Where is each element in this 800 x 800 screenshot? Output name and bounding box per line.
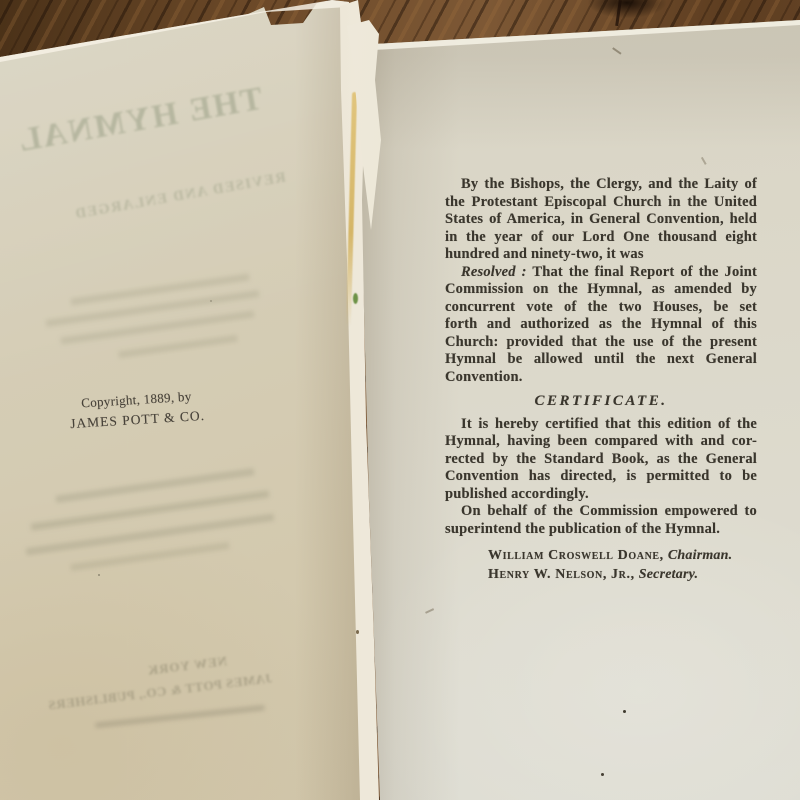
paper-speck <box>601 773 604 776</box>
printed-text-block: By the Bishops, the Clergy, and the Lait… <box>445 176 757 584</box>
resolution-preamble-paragraph: By the Bishops, the Clergy, and the Lait… <box>445 176 757 264</box>
text-line: the Protestant Episcopal Church in the U… <box>445 194 757 212</box>
ghost-text-smudge <box>70 542 229 571</box>
signatures: William Croswell Doane, Chairman. Henry … <box>445 547 757 584</box>
signature-role: Chairman. <box>668 548 732 563</box>
ghost-text-smudge <box>118 335 238 359</box>
text-line: Resolved : That the final Report of the … <box>445 264 757 282</box>
text-line: rected by the Standard Book, as the Gene… <box>445 451 757 469</box>
text-line: On behalf of the Commission empowered to <box>445 503 757 521</box>
paper-speck <box>98 574 100 576</box>
resolution-paragraph-lines: Commission on the Hymnal, as amended byc… <box>445 281 757 386</box>
paper-speck <box>623 710 626 713</box>
commission-paragraph: On behalf of the Commission empowered to… <box>445 503 757 538</box>
text-line: Commission on the Hymnal, as amended by <box>445 281 757 299</box>
paper-speck <box>210 300 212 302</box>
text-line: in the year of our Lord One thousand eig… <box>445 229 757 247</box>
green-speck <box>353 293 358 304</box>
paper-fiber <box>425 608 434 613</box>
text-line: Church: provided that the use of the pre… <box>445 334 757 352</box>
text-line: It is hereby certified that this edition… <box>445 416 757 434</box>
resolved-lead: Resolved : <box>461 264 527 280</box>
text-line: States of America, in General Convention… <box>445 211 757 229</box>
resolution-paragraph: Resolved : That the final Report of the … <box>445 264 757 387</box>
ghost-text-smudge <box>95 705 265 728</box>
text-line: hundred and ninety-two, it was <box>445 246 757 264</box>
ghost-text-smudge <box>46 290 260 327</box>
text-line: Hymnal be allowed until the next General <box>445 351 757 369</box>
bleedthrough-title: THE HYMNAL <box>0 78 281 163</box>
certificate-heading: CERTIFICATE. <box>445 393 757 411</box>
paper-fiber <box>701 157 706 165</box>
text-line: concurrent vote of the two Houses, be se… <box>445 299 757 317</box>
text-line: published accordingly. <box>445 486 757 504</box>
signature-line: William Croswell Doane, Chairman. <box>488 547 757 566</box>
photo-of-open-book: THE HYMNAL REVISED AND ENLARGED Copyrigh… <box>0 0 800 800</box>
text-line: Convention has directed, is permitted to… <box>445 468 757 486</box>
text-line: superintend the publication of the Hymna… <box>445 521 757 539</box>
text-line: forth and authorized as the Hymnal of th… <box>445 316 757 334</box>
text-line: By the Bishops, the Clergy, and the Lait… <box>445 176 757 194</box>
bleedthrough-subtitle: REVISED AND ENLARGED <box>58 167 301 226</box>
text-line: Hymnal, having been compared with and co… <box>445 433 757 451</box>
text-line: Convention. <box>445 369 757 387</box>
gutter-fleck <box>356 630 359 634</box>
signature-name: William Croswell Doane, <box>488 548 668 563</box>
copyright-notice: Copyright, 1889, by JAMES POTT & CO. <box>61 387 213 432</box>
wood-plank-seam <box>588 0 666 18</box>
paper-fiber <box>612 47 621 54</box>
signature-role: Secretary. <box>639 567 698 582</box>
certificate-paragraph: It is hereby certified that this edition… <box>445 416 757 504</box>
signature-name: Henry W. Nelson, Jr., <box>488 567 639 582</box>
resolved-rest: That the final Report of the Joint <box>532 264 757 280</box>
signature-line: Henry W. Nelson, Jr., Secretary. <box>488 566 757 585</box>
